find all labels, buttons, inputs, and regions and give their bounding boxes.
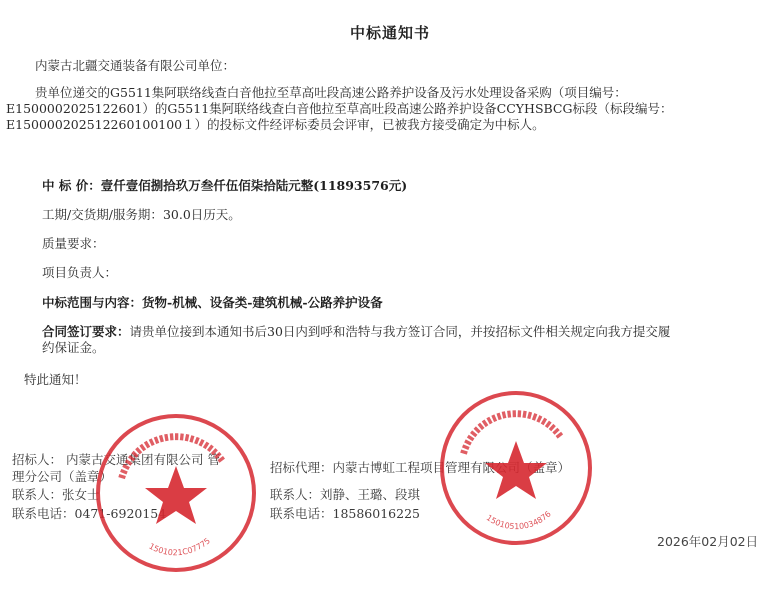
document-title: 中标通知书 (0, 22, 780, 43)
contract-value-line1: 请贵单位接到本通知书后30日内到呼和浩特与我方签订合同，并按招标文件相关规定向我… (130, 324, 671, 339)
svg-text:1501021C07775: 1501021C07775 (147, 536, 212, 557)
scope-row: 中标范围与内容：货物-机械、设备类-建筑机械-公路养护设备 (42, 295, 383, 311)
agent-seal-stamp: ▮▮▮▮▮▮▮▮▮▮▮▮▮▮▮▮▮▮▮▮▮▮▮▮ 15010510034876 (440, 391, 592, 545)
agent-contact: 联系人：刘静、王璐、段琪 (270, 487, 420, 503)
body-line-1: 贵单位递交的G5511集阿联络线查白音他拉至草高吐段高速公路养护设备及污水处理设… (35, 85, 627, 101)
svg-text:▮▮▮▮▮▮▮▮▮▮▮▮▮▮▮▮▮▮▮▮▮▮▮▮▮: ▮▮▮▮▮▮▮▮▮▮▮▮▮▮▮▮▮▮▮▮▮▮▮▮▮ (117, 432, 227, 481)
recipient-line: 内蒙古北疆交通装备有限公司单位： (35, 58, 235, 74)
quality-label: 质量要求： (42, 236, 105, 252)
period-row: 工期/交货期/服务期：30.0日历天。 (42, 207, 241, 223)
issue-date: 2026年02月02日 (657, 532, 758, 550)
closing-text: 特此通知！ (24, 372, 87, 388)
manager-label: 项目负责人： (42, 265, 117, 281)
scope-label: 中标范围与内容： (42, 295, 142, 310)
svg-text:15010510034876: 15010510034876 (485, 509, 553, 531)
contract-value-line2: 约保证金。 (42, 340, 105, 356)
scope-value: 货物-机械、设备类-建筑机械-公路养护设备 (142, 295, 383, 310)
body-line-3: E150000202512260100100１）的投标文件经评标委员会评审，已被… (6, 117, 545, 133)
period-label: 工期/交货期/服务期： (42, 207, 163, 222)
contract-label: 合同签订要求： (42, 324, 130, 339)
bid-price-label: 中 标 价： (42, 178, 101, 193)
tenderer-seal-stamp: ▮▮▮▮▮▮▮▮▮▮▮▮▮▮▮▮▮▮▮▮▮▮▮▮▮ 1501021C07775 (96, 414, 256, 572)
star-icon: ▮▮▮▮▮▮▮▮▮▮▮▮▮▮▮▮▮▮▮▮▮▮▮▮▮ 1501021C07775 (100, 418, 252, 568)
star-icon: ▮▮▮▮▮▮▮▮▮▮▮▮▮▮▮▮▮▮▮▮▮▮▮▮ 15010510034876 (444, 395, 588, 541)
bid-price-value: 壹仟壹佰捌拾玖万叁仟伍佰柒拾陆元整(11893576元) (101, 178, 407, 193)
tenderer-contact: 联系人：张女士 (12, 487, 100, 503)
period-value: 30.0日历天。 (163, 207, 241, 222)
bid-price-row: 中 标 价：壹仟壹佰捌拾玖万叁仟伍佰柒拾陆元整(11893576元) (42, 178, 407, 194)
contract-row: 合同签订要求：请贵单位接到本通知书后30日内到呼和浩特与我方签订合同，并按招标文… (42, 324, 670, 340)
body-line-2: E1500002025122601）的G5511集阿联络线查白音他拉至草高吐段高… (6, 101, 672, 117)
svg-text:▮▮▮▮▮▮▮▮▮▮▮▮▮▮▮▮▮▮▮▮▮▮▮▮: ▮▮▮▮▮▮▮▮▮▮▮▮▮▮▮▮▮▮▮▮▮▮▮▮ (459, 409, 565, 456)
agent-phone: 联系电话：18586016225 (270, 506, 420, 522)
